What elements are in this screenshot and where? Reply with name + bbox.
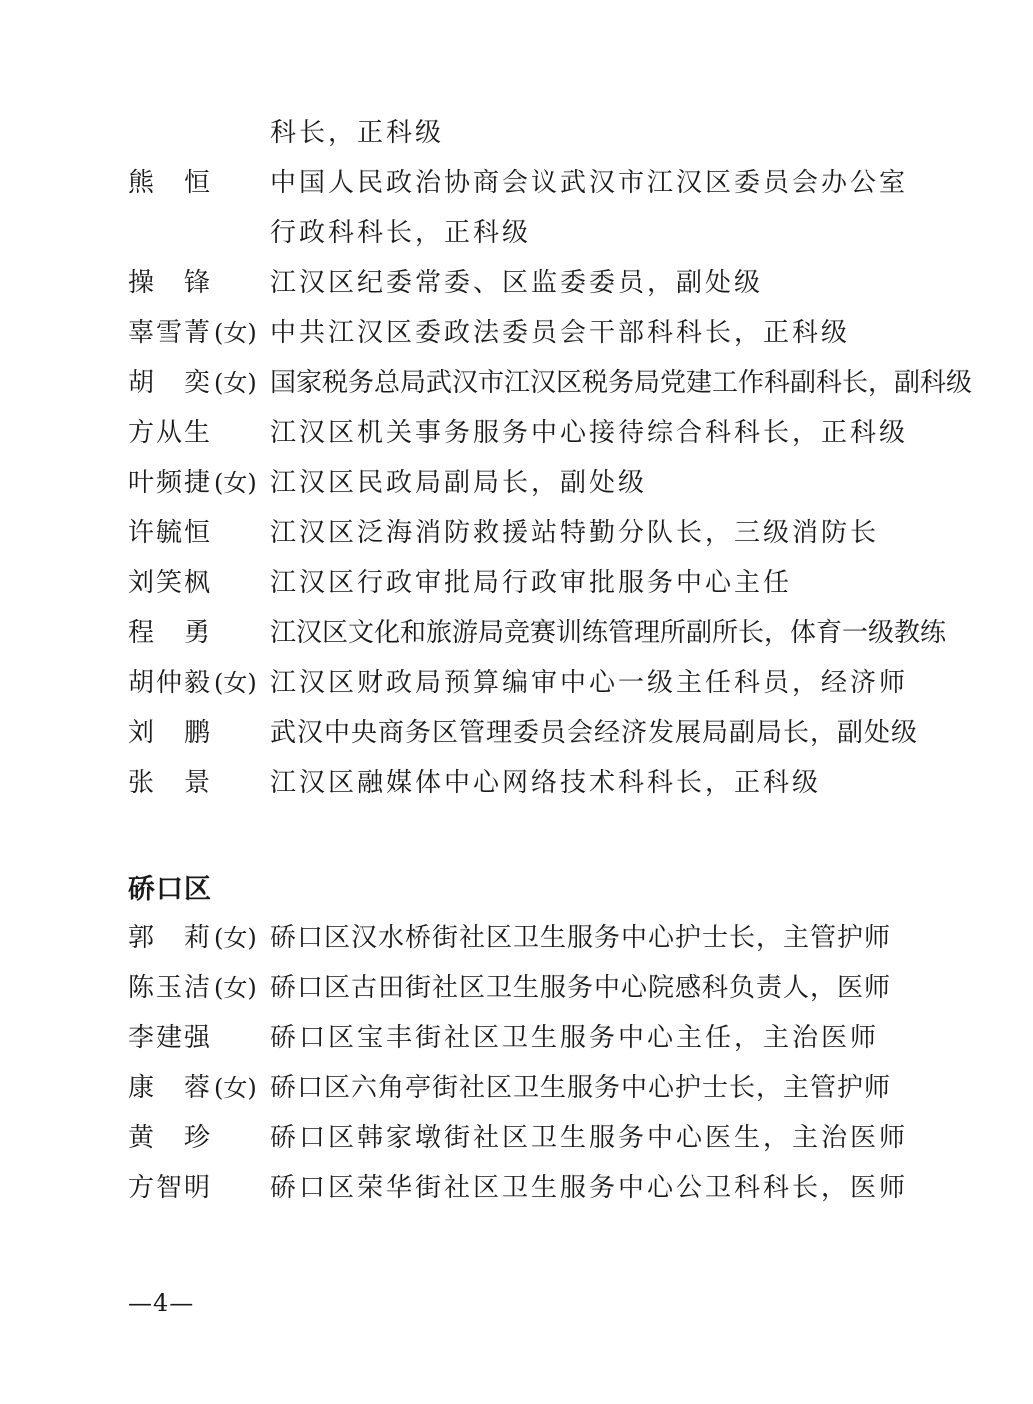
entry-description: 硚口区荣华街社区卫生服务中心公卫科科长，医师	[270, 1163, 908, 1213]
entry-description: 江汉区民政局副局长，副处级	[270, 458, 647, 508]
entry-name: 康 蓉(女)	[128, 1063, 270, 1113]
entry-name	[128, 208, 270, 258]
entry-name: 方从生	[128, 408, 270, 458]
entry-name: 许毓恒	[128, 508, 270, 558]
entry-description: 硚口区韩家墩街社区卫生服务中心医生，主治医师	[270, 1113, 908, 1163]
entry-name: 黄 珍	[128, 1113, 270, 1163]
entry-name: 陈玉洁(女)	[128, 963, 270, 1013]
entry-description: 江汉区纪委常委、区监委委员，副处级	[270, 258, 763, 308]
entry-name: 李建强	[128, 1013, 270, 1063]
entry-description: 江汉区文化和旅游局竞赛训练管理所副所长，体育一级教练	[270, 608, 946, 658]
entry-description: 江汉区机关事务服务中心接待综合科科长，正科级	[270, 408, 908, 458]
entry-name: 胡仲毅(女)	[128, 658, 270, 708]
document-page: 科长，正科级 熊 恒 中国人民政治协商会议武汉市江汉区委员会办公室 行政科科长，…	[0, 0, 1033, 1404]
page-number: —4—	[128, 1283, 194, 1323]
entry-name: 张 景	[128, 758, 270, 808]
entry-description: 中共江汉区委政法委员会干部科科长，正科级	[270, 308, 850, 358]
entry-description: 武汉中央商务区管理委员会经济发展局副局长，副处级	[270, 708, 918, 758]
entry-description: 硚口区古田街社区卫生服务中心院感科负责人，医师	[270, 963, 891, 1013]
entry-name: 刘笑枫	[128, 558, 270, 608]
entry-description: 硚口区六角亭街社区卫生服务中心护士长，主管护师	[270, 1063, 891, 1113]
entry-description: 江汉区行政审批局行政审批服务中心主任	[270, 558, 792, 608]
entry-description: 行政科科长，正科级	[270, 208, 531, 258]
entry-name: 熊 恒	[128, 158, 270, 208]
entry-name: 辜雪菁(女)	[128, 308, 270, 358]
entry-description: 硚口区汉水桥街社区卫生服务中心护士长，主管护师	[270, 913, 891, 963]
entry-description: 科长，正科级	[270, 108, 444, 158]
entry-name: 叶频捷(女)	[128, 458, 270, 508]
entry-name: 刘 鹏	[128, 708, 270, 758]
entry-name: 胡 奕(女)	[128, 358, 270, 408]
entry-name: 方智明	[128, 1163, 270, 1213]
entry-name: 郭 莉(女)	[128, 913, 270, 963]
entry-description: 硚口区宝丰街社区卫生服务中心主任，主治医师	[270, 1013, 879, 1063]
entry-name: 程 勇	[128, 608, 270, 658]
entry-description: 江汉区财政局预算编审中心一级主任科员，经济师	[270, 658, 908, 708]
entry-description: 国家税务总局武汉市江汉区税务局党建工作科副科长，副科级	[270, 358, 972, 408]
entry-description: 江汉区融媒体中心网络技术科科长，正科级	[270, 758, 821, 808]
section-heading: 硚口区	[128, 865, 212, 915]
entry-description: 中国人民政治协商会议武汉市江汉区委员会办公室	[270, 158, 908, 208]
entry-description: 江汉区泛海消防救援站特勤分队长，三级消防长	[270, 508, 879, 558]
entry-name: 操 锋	[128, 258, 270, 308]
